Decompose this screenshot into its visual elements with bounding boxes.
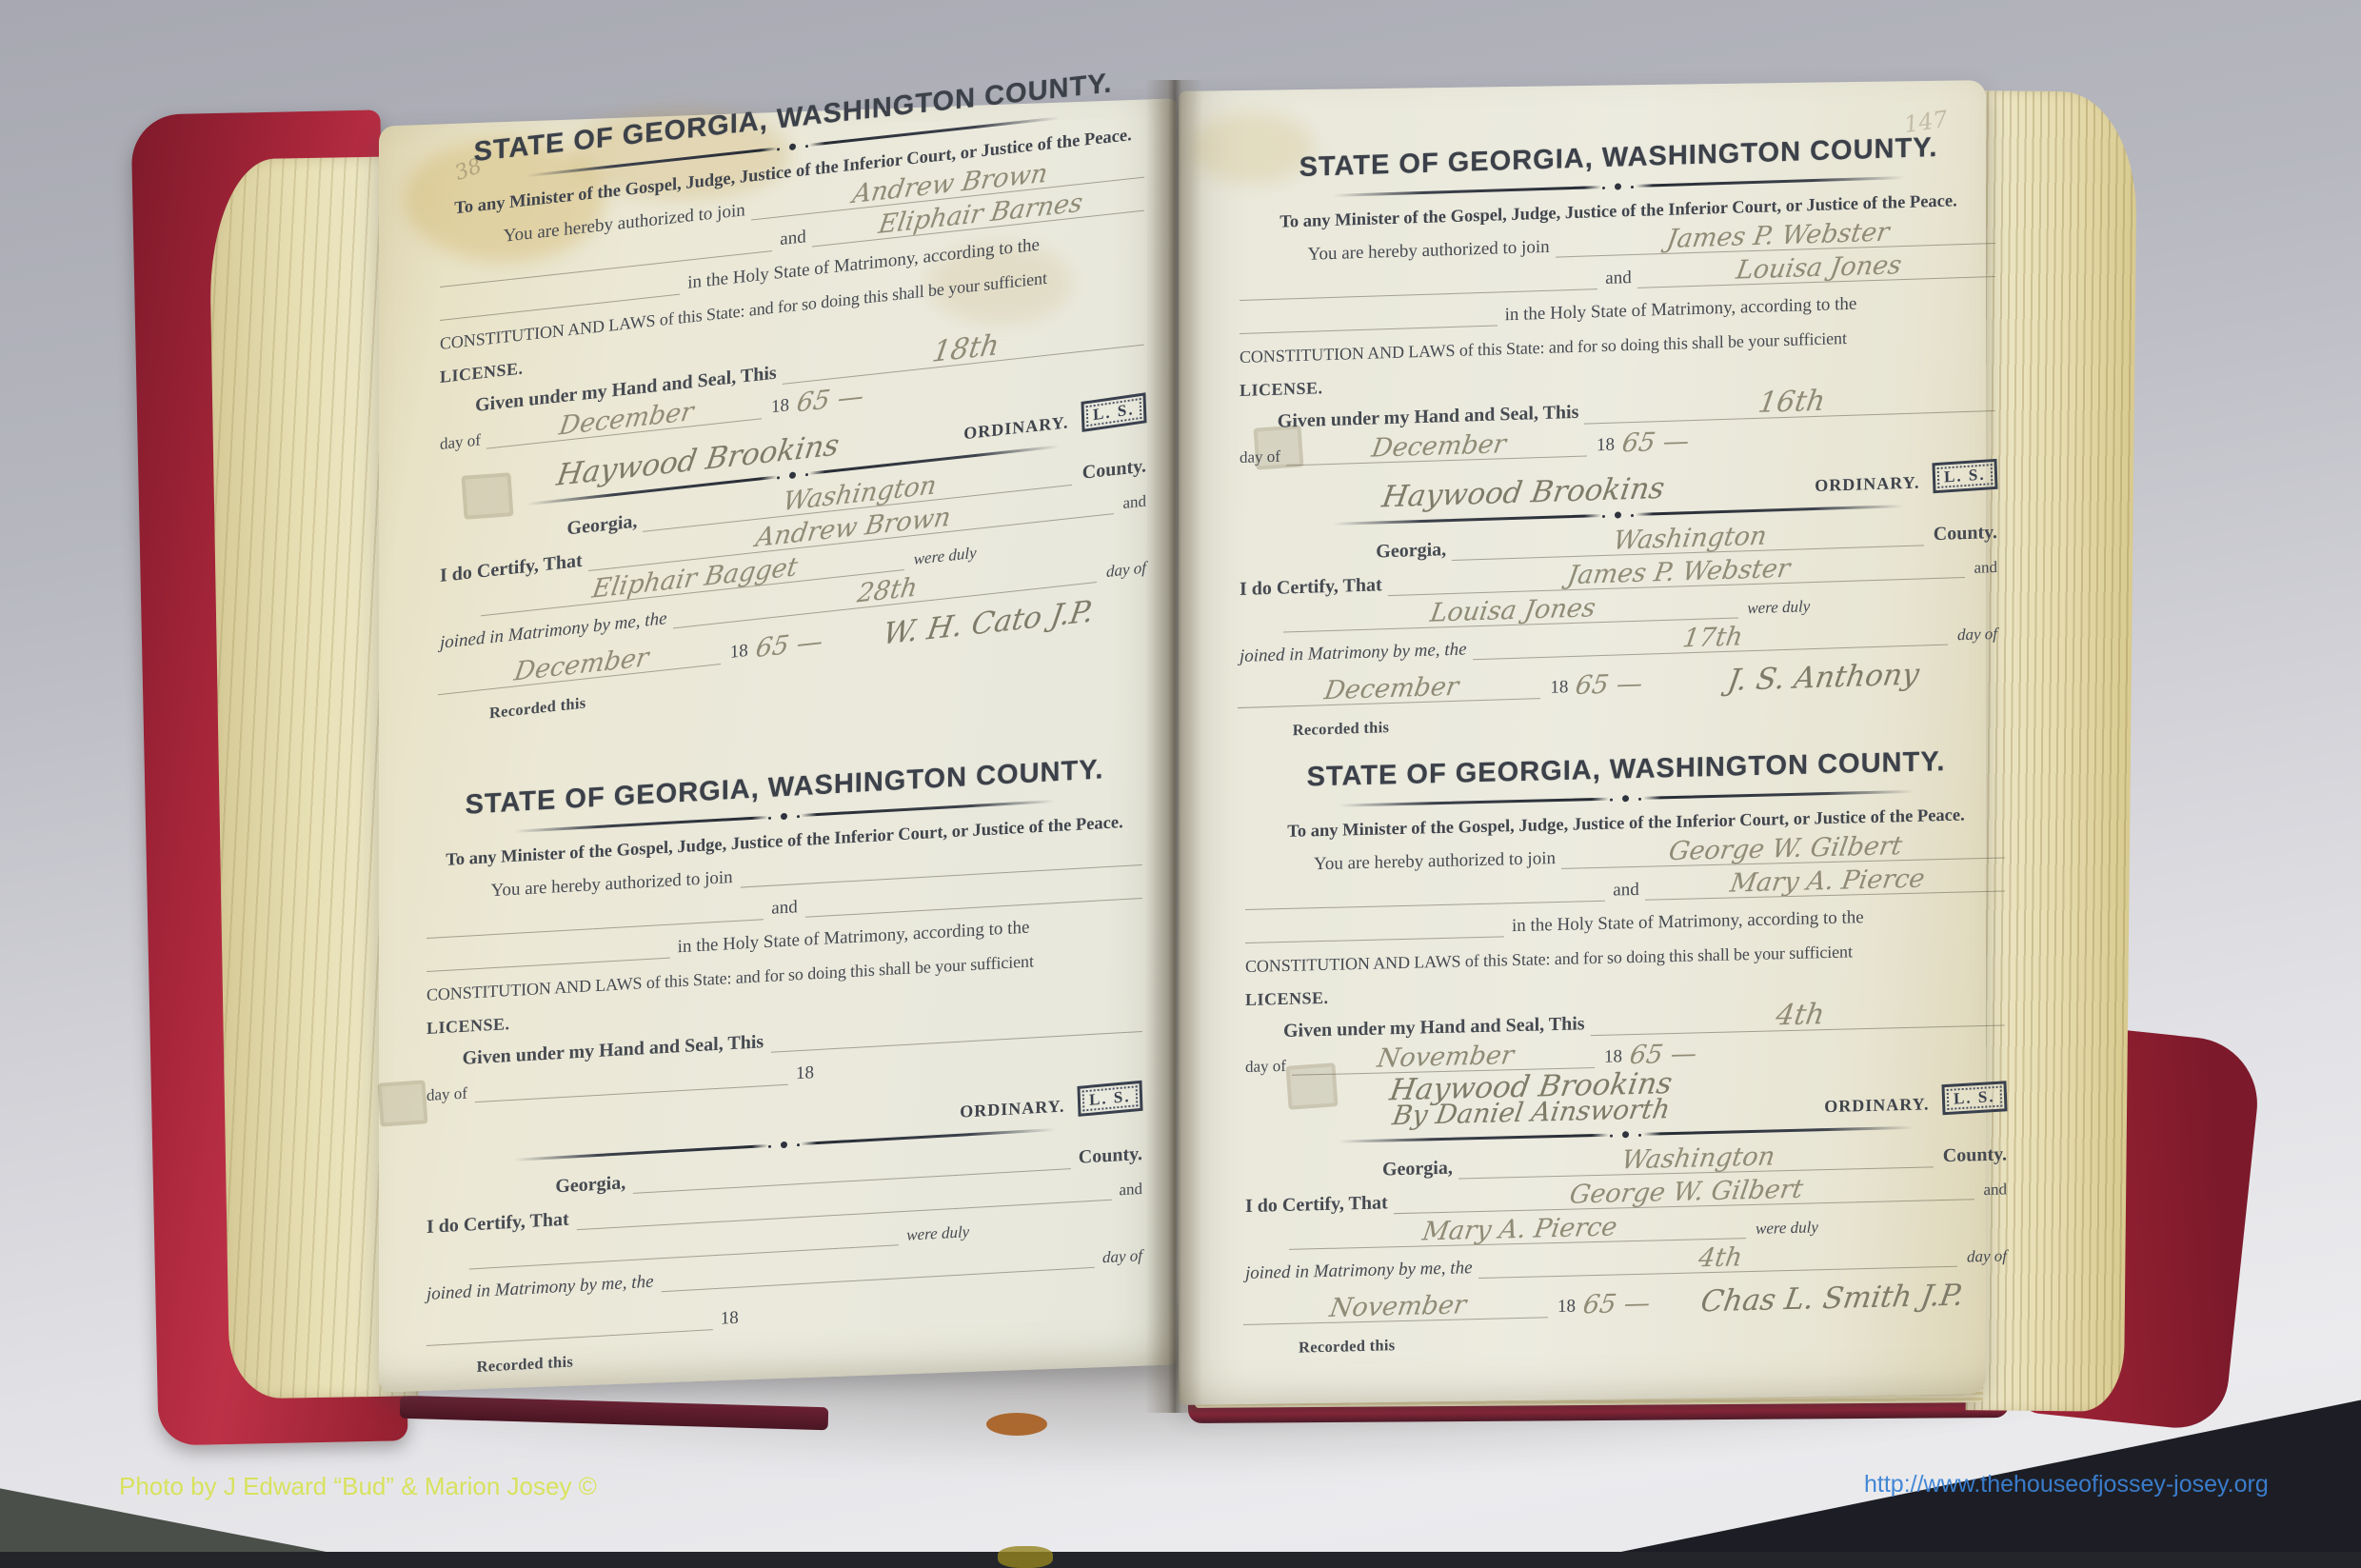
- and-label: and: [780, 227, 805, 250]
- were-duly-label: were duly: [1756, 1218, 1818, 1239]
- married-month: November: [1243, 1293, 1552, 1325]
- year-prefix: 18: [1557, 1297, 1576, 1318]
- license-year: 65 —: [1620, 431, 1691, 455]
- license-year: 65 —: [1628, 1043, 1698, 1067]
- bride-name: Mary A. Pierce: [1645, 866, 2009, 900]
- license-label: LICENSE.: [440, 358, 524, 387]
- authorize-label: You are hereby authorized to join: [1308, 237, 1550, 266]
- joined-label: joined in Matrimony by me, the: [1240, 640, 1467, 667]
- recorded-label: Recorded this: [1299, 1336, 1396, 1357]
- county-label: County.: [1079, 1143, 1142, 1169]
- georgia-label: Georgia,: [1376, 539, 1446, 563]
- day-of-label: day of: [1106, 558, 1146, 582]
- notary-seal-box: L. S.: [1078, 1081, 1143, 1117]
- matrimony-label: in the Holy State of Matrimony, accordin…: [1512, 907, 1864, 937]
- married-month: December: [1238, 674, 1544, 708]
- given-label: Given under my Hand and Seal, This: [1278, 402, 1579, 433]
- georgia-label: Georgia,: [567, 510, 638, 540]
- notary-seal-box: L. S.: [1933, 459, 1998, 493]
- license-year: 65 —: [795, 387, 865, 416]
- married-year: 65 —: [754, 631, 824, 661]
- ordinary-label: ORDINARY.: [960, 1097, 1064, 1122]
- officiant-signature: Chas L. Smith J.P.: [1656, 1281, 2009, 1315]
- were-duly-label: were duly: [1747, 597, 1810, 618]
- day-of-label: day of: [1240, 447, 1280, 467]
- photographer-credit: Photo by J Edward “Bud” & Marion Josey ©: [119, 1472, 597, 1501]
- married-year: 65 —: [1575, 674, 1645, 698]
- year-prefix: 18: [721, 1308, 739, 1330]
- table-edge-shadow: [0, 1552, 2361, 1568]
- year-prefix: 18: [771, 395, 789, 418]
- license-label: LICENSE.: [1245, 988, 1329, 1010]
- ordinary-label: ORDINARY.: [963, 412, 1068, 444]
- day-of-label: day of: [440, 430, 481, 454]
- license-month: December: [1286, 431, 1591, 466]
- license-form-right-bottom: STATE OF GEORGIA, WASHINGTON COUNTY. To …: [1245, 744, 2007, 1359]
- georgia-label: Georgia,: [555, 1172, 625, 1198]
- deputy-signature: By Daniel Ainsworth: [1391, 1098, 1672, 1127]
- license-label: LICENSE.: [1240, 378, 1323, 401]
- photo-of-marriage-record-book: 38 147 STATE OF GEORGIA, WASHINGTON COUN…: [0, 0, 2361, 1568]
- authorize-label: You are hereby authorized to join: [1314, 848, 1556, 875]
- and-label: and: [1119, 1180, 1142, 1200]
- ordinary-label: ORDINARY.: [1815, 473, 1919, 496]
- license-form-left-bottom: STATE OF GEORGIA, WASHINGTON COUNTY. To …: [427, 752, 1142, 1379]
- license-form-right-top: STATE OF GEORGIA, WASHINGTON COUNTY. To …: [1240, 130, 1997, 742]
- were-duly-label: were duly: [914, 544, 977, 569]
- recorded-label: Recorded this: [1293, 718, 1390, 740]
- book-gutter-shadow: [1145, 80, 1202, 1413]
- day-of-label: day of: [1957, 625, 1997, 645]
- county-label: County.: [1082, 455, 1146, 484]
- year-prefix: 18: [1597, 435, 1615, 457]
- married-year: 65 —: [1581, 1294, 1652, 1318]
- and-label: and: [1613, 880, 1638, 902]
- georgia-label: Georgia,: [1382, 1158, 1453, 1181]
- website-watermark: http://www.thehouseofjossey-josey.org: [1864, 1471, 2269, 1499]
- floor-object: [998, 1546, 1053, 1568]
- day-of-label: day of: [1102, 1246, 1142, 1267]
- license-form-left-top: STATE OF GEORGIA, WASHINGTON COUNTY. To …: [440, 64, 1146, 728]
- and-label: and: [1974, 558, 1997, 578]
- and-label: and: [1605, 268, 1631, 289]
- county-label: County.: [1943, 1144, 2007, 1168]
- ghost-seal-impression: [377, 1080, 427, 1126]
- certify-label: I do Certify, That: [1240, 574, 1382, 601]
- cover-wear-spot: [986, 1413, 1047, 1436]
- ordinary-label: ORDINARY.: [1824, 1095, 1929, 1118]
- notary-seal-box: L. S.: [1081, 392, 1147, 432]
- year-prefix: 18: [1550, 677, 1568, 699]
- license-label: LICENSE.: [427, 1014, 510, 1039]
- and-label: and: [1983, 1181, 2007, 1201]
- day-of-label: day of: [427, 1084, 467, 1105]
- day-of-label: day of: [1967, 1247, 2007, 1267]
- were-duly-label: were duly: [906, 1222, 969, 1245]
- signature-column: Haywood Brookins By Daniel Ainsworth: [1245, 1067, 1816, 1131]
- given-label: Given under my Hand and Seal, This: [1283, 1013, 1585, 1042]
- certify-label: I do Certify, That: [1245, 1192, 1388, 1218]
- year-prefix: 18: [1604, 1046, 1622, 1067]
- day-of-label: day of: [1245, 1057, 1286, 1077]
- certify-label: I do Certify, That: [427, 1209, 569, 1239]
- joined-label: joined in Matrimony by me, the: [1245, 1258, 1473, 1284]
- license-day: 4th: [1590, 998, 2009, 1035]
- year-prefix: 18: [730, 641, 748, 664]
- notary-seal-box: L. S.: [1942, 1081, 2008, 1115]
- county-label: County.: [1934, 522, 1997, 546]
- year-prefix: 18: [796, 1062, 814, 1084]
- and-label: and: [1122, 491, 1146, 513]
- and-label: and: [771, 897, 797, 920]
